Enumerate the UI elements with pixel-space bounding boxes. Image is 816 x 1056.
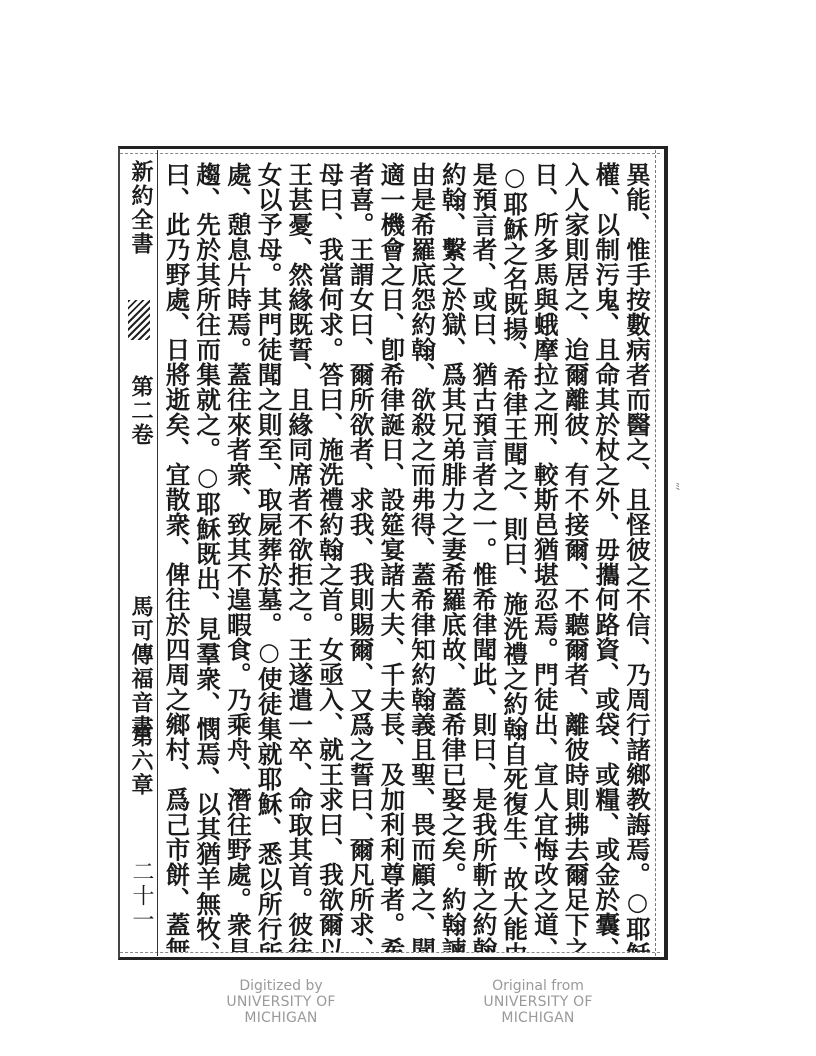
- page-number: 二十一: [126, 860, 157, 932]
- watermark-line: Digitized by: [196, 978, 366, 994]
- body-text: 異能、惟手按數病者而醫之、且怪彼之不信、乃周行諸鄉教誨焉。○耶穌召十二門徒、耦而…: [160, 162, 652, 952]
- original-from-watermark: Original from UNIVERSITY OF MICHIGAN: [448, 978, 628, 1026]
- book-series-title: 新約全書: [126, 160, 157, 256]
- ornament-icon: [128, 300, 150, 340]
- digitized-by-watermark: Digitized by UNIVERSITY OF MICHIGAN: [196, 978, 366, 1026]
- text-column: 約翰、繫之於獄、爲其兄弟腓力之妻希羅底故、蓋希律已娶之矣。約翰諫希律曰、爾娶兄弟…: [437, 162, 468, 952]
- watermark-line: UNIVERSITY OF MICHIGAN: [448, 994, 628, 1026]
- inner-rule-top: [120, 153, 660, 154]
- text-column: 趨、先於其所往而集就之。○耶穌既出、見羣衆、憫焉、以其猶羊無牧、乃以多術教之。日…: [191, 162, 222, 952]
- text-column: 異能、惟手按數病者而醫之、且怪彼之不信、乃周行諸鄉教誨焉。○耶穌召十二門徒、耦而…: [621, 162, 652, 952]
- text-column: 王甚憂、然緣既誓、且緣同席者不欲拒之。王遂遣一卒、命取其首。彼往、斬之於獄、盛首…: [284, 162, 315, 952]
- text-column: 母曰、我當何求。答曰、施洗禮約翰之首。女亟入、就王求曰、我欲爾以施洗禮約翰之首、…: [314, 162, 345, 952]
- text-column: 日、所多馬與蛾摩拉之刑、較斯邑猶堪忍焉。門徒出、宣人宜悔改之道、且多逐鬼、多以膏…: [529, 162, 560, 952]
- text-column: 適一機會之日、卽希律誕日、設筵宴諸大夫、千夫長、及加利利尊者。希羅底之女、入而舞…: [376, 162, 407, 952]
- margin-column: 新約全書 第二卷 馬可傳福音書 第六章 二十一: [122, 160, 156, 950]
- watermark-line: UNIVERSITY OF MICHIGAN: [196, 994, 366, 1026]
- chapter-label: 第六章: [126, 725, 157, 797]
- stray-mark: ﾐ: [675, 478, 680, 493]
- text-column: 權、以制污鬼、且命其於杖之外、毋攜何路資、或袋、或糧、或金於囊、惟著履、毋衣二衣…: [591, 162, 622, 952]
- text-column: 女以予母。其門徒聞之則至、取屍葬於墓。○使徒集就耶穌、悉以所行所教告之。耶穌謂之…: [253, 162, 284, 952]
- book-title: 馬可傳福音書: [126, 595, 157, 739]
- text-column: 者喜。王謂女曰、爾所欲者、求我、我則賜爾、又爲之誓曰、爾凡所求、雖至我國之半、我…: [345, 162, 376, 952]
- margin-divider: [157, 150, 158, 956]
- text-column: ○耶穌之名既揚、希律王聞之、則曰、施洗禮之約翰自死復生、故大能由之而作也。或曰、…: [498, 162, 529, 952]
- text-column: 由是希羅底怨約翰、欲殺之而弗得、蓋希律知約翰義且聖、畏而顧之、聞其言則多行之、且…: [406, 162, 437, 952]
- inner-rule-right: [655, 150, 656, 956]
- text-column: 入人家則居之、迨爾離彼、有不接爾、不聽爾者、離彼時則拂去爾足下之塵、以爲衆證、我…: [560, 162, 591, 952]
- text-column: 處、憩息片時焉。蓋往來者衆、致其不遑暇食。乃乘舟、潛往野處。衆見其往、多有識之者…: [222, 162, 253, 952]
- text-column: 曰、此乃野處、日將逝矣、宜散衆、俾往於四周之鄉村、爲己市餅、蓋無所食也。耶穌答之…: [161, 162, 192, 952]
- watermark-line: Original from: [448, 978, 628, 994]
- text-column: 是預言者、或曰、猶古預言者之一。惟希律聞此、則曰、是我所斬之約翰、彼自死復生耳。…: [468, 162, 499, 952]
- inner-rule-bottom: [120, 952, 660, 953]
- volume-label: 第二卷: [126, 375, 157, 447]
